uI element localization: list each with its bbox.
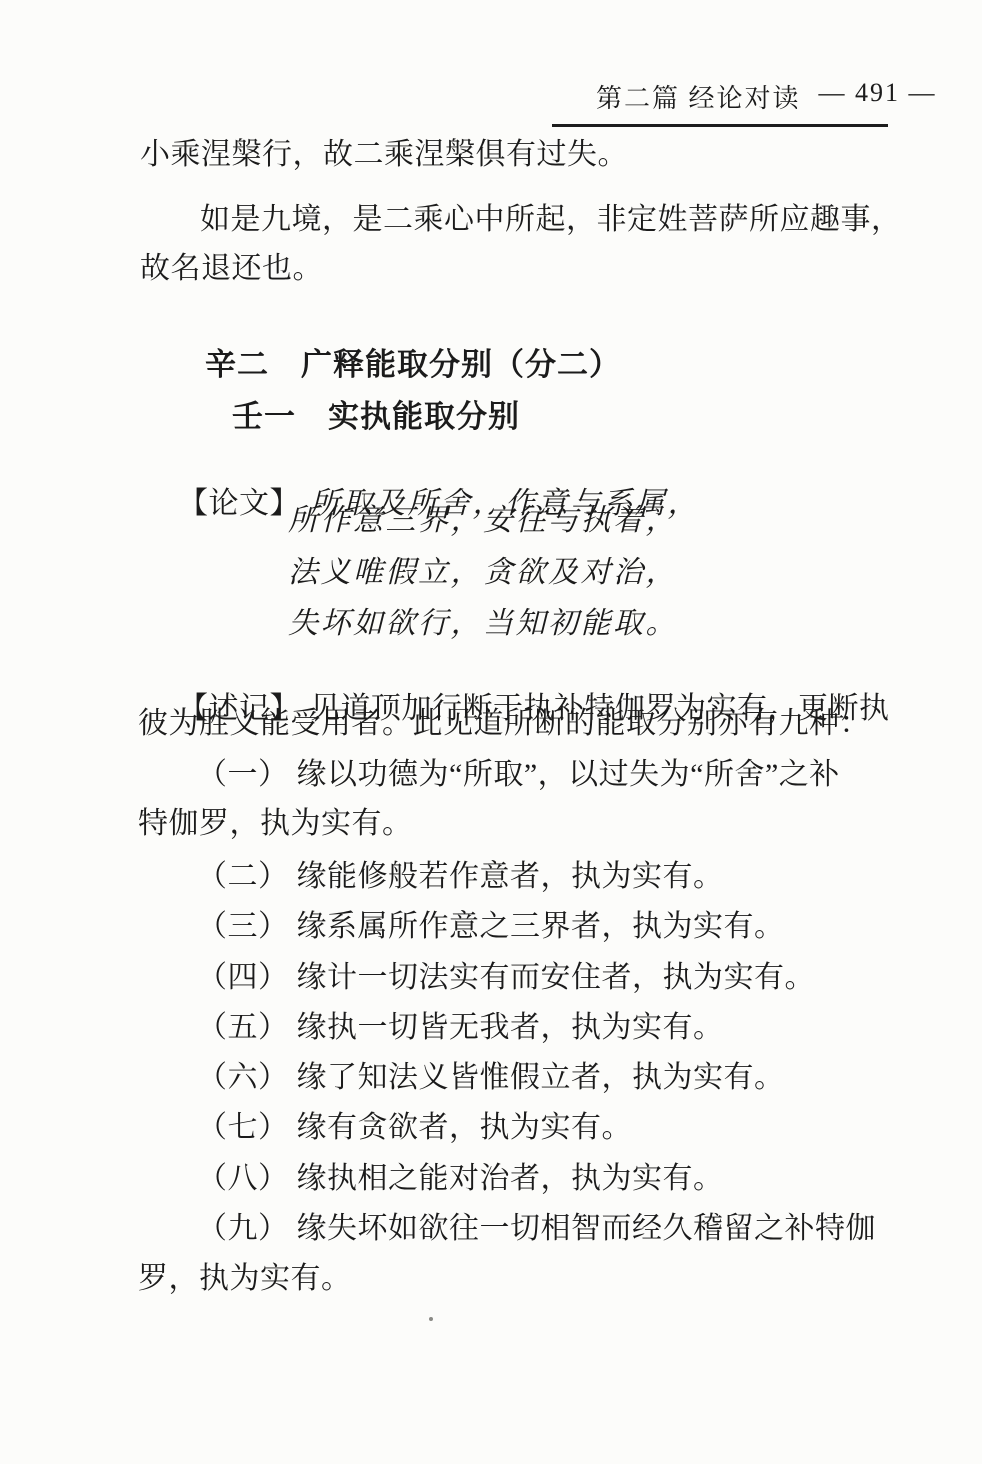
list-item-line: （二） 缘能修般若作意者，执为实有。 — [197, 860, 724, 895]
list-item-line: （五） 缘执一切皆无我者，执为实有。 — [197, 1011, 724, 1046]
list-item-line: （三） 缘系属所作意之三界者，执为实有。 — [197, 910, 785, 945]
list-item-line: （九） 缘失坏如欲往一切相智而经久稽留之补特伽 — [197, 1212, 876, 1247]
running-header: 第二篇 经论对读 — 491 — — [552, 78, 888, 127]
shuji-line: 彼为胜义能受用者。此见道所断的能取分别亦有九种： — [138, 707, 870, 742]
list-item-line: 罗，执为实有。 — [138, 1262, 352, 1297]
list-item-line: （七） 缘有贪欲者，执为实有。 — [197, 1111, 632, 1146]
scanned-book-page: 第二篇 经论对读 — 491 — 小乘涅槃行，故二乘涅槃俱有过失。 如是九境，是… — [0, 0, 982, 1464]
paragraph-line: 故名退还也。 — [140, 252, 323, 287]
list-item-line: （六） 缘了知法义皆惟假立者，执为实有。 — [197, 1061, 785, 1096]
paragraph-continuation-line: 小乘涅槃行，故二乘涅槃俱有过失。 — [140, 138, 628, 173]
verse-line: 失坏如欲行，当知初能取。 — [288, 607, 678, 642]
paragraph-line: 如是九境，是二乘心中所起，非定姓菩萨所应趣事， — [200, 203, 902, 238]
running-header-page-number: — 491 — — [819, 78, 937, 115]
list-item-line: （四） 缘计一切法实有而安住者，执为实有。 — [197, 961, 815, 996]
verse-line: 法义唯假立，贪欲及对治， — [288, 556, 678, 591]
lunwen-label: 【论文】 — [178, 487, 300, 520]
verse-line: 所作意三界，安往与执着， — [288, 504, 678, 539]
list-item-line: （一） 缘以功德为“所取”，以过失为“所舍”之补 — [197, 758, 840, 793]
section-heading-level1: 辛二 广释能取分别（分二） — [205, 347, 621, 383]
list-item-line: 特伽罗，执为实有。 — [138, 807, 413, 842]
list-item-line: （八） 缘执相之能对治者，执为实有。 — [197, 1162, 724, 1197]
scan-speck — [429, 1317, 433, 1321]
section-heading-level2: 壬一 实执能取分别 — [232, 399, 520, 435]
running-header-section: 第二篇 经论对读 — [596, 78, 801, 115]
